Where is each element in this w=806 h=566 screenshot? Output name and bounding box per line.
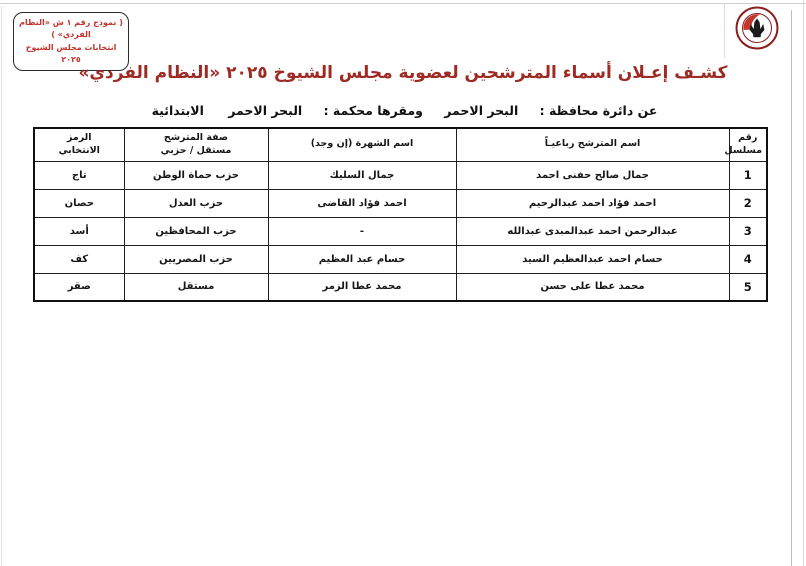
cell-symbol: صقر [34,273,124,301]
cell-party: حزب المحافظين [124,217,268,245]
table-row: 1 جمال صالح حفنى احمد جمال السليك حزب حم… [34,161,767,189]
cell-known-name: جمال السليك [268,161,456,189]
district-value: البحر الاحمر [444,103,518,118]
cell-symbol: كف [34,245,124,273]
col-header-known-name: اسم الشهرة (إن وجد) [268,128,456,161]
col-header-symbol: الرمز الانتخابي [34,128,124,161]
page-edge-right-outer [803,0,804,566]
cell-party: مستقل [124,273,268,301]
table-row: 2 احمد فؤاد احمد عبدالرحيم احمد فؤاد الق… [34,189,767,217]
cell-party: حزب المصريين [124,245,268,273]
cell-serial: 5 [729,273,767,301]
cell-known-name: احمد فؤاد القاضى [268,189,456,217]
district-label: عن دائرة محافظة : [540,103,658,118]
cell-known-name: - [268,217,456,245]
page-title: كشـف إعـلان أسماء المترشحين لعضوية مجلس … [0,63,806,83]
cell-serial: 4 [729,245,767,273]
cell-serial: 3 [729,217,767,245]
court-value: البحر الاحمر [228,103,302,118]
cell-party: حزب حماة الوطن [124,161,268,189]
page-edge-left [1,6,2,566]
table-header-row: رقم مسلسل اسم المترشح رباعيـاً اسم الشهر… [34,128,767,161]
form-stamp-box: ( نموذج رقم ١ ش «النظام الفردي» ) انتخاب… [13,12,129,71]
stamp-line-1: ( نموذج رقم ١ ش «النظام الفردي» ) [19,17,123,42]
cell-serial: 1 [729,161,767,189]
cell-symbol: تاج [34,161,124,189]
page: { "stamp": { "line1": "( نموذج رقم ١ ش «… [0,0,806,566]
table-row: 5 محمد عطا على حسن محمد عطا الزمر مستقل … [34,273,767,301]
scan-artifact-line [724,4,725,58]
cell-serial: 2 [729,189,767,217]
cell-candidate-name: حسام احمد عبدالعظيم السيد [456,245,729,273]
court-label: ومقرها محكمة : [324,103,423,118]
cell-candidate-name: عبدالرحمن احمد عبدالمبدى عبدالله [456,217,729,245]
cell-symbol: حصان [34,189,124,217]
table-row: 4 حسام احمد عبدالعظيم السيد حسام عبد الع… [34,245,767,273]
col-header-serial: رقم مسلسل [729,128,767,161]
cell-known-name: محمد عطا الزمر [268,273,456,301]
cell-candidate-name: احمد فؤاد احمد عبدالرحيم [456,189,729,217]
col-header-candidate-name: اسم المترشح رباعيـاً [456,128,729,161]
cell-party: حزب العدل [124,189,268,217]
cell-candidate-name: محمد عطا على حسن [456,273,729,301]
page-edge-top [0,3,806,4]
cell-candidate-name: جمال صالح حفنى احمد [456,161,729,189]
cell-symbol: أسد [34,217,124,245]
elections-authority-emblem-icon [735,6,779,50]
table-row: 3 عبدالرحمن احمد عبدالمبدى عبدالله - حزب… [34,217,767,245]
candidates-table: رقم مسلسل اسم المترشح رباعيـاً اسم الشهر… [33,127,768,302]
col-header-party: صفة المترشح مستقل / حزبي [124,128,268,161]
district-subtitle: عن دائرة محافظة : البحر الاحمر ومقرها مح… [0,103,806,118]
cell-known-name: حسام عبد العظيم [268,245,456,273]
court-type: الابتدائية [152,103,204,118]
page-edge-right [791,10,792,566]
